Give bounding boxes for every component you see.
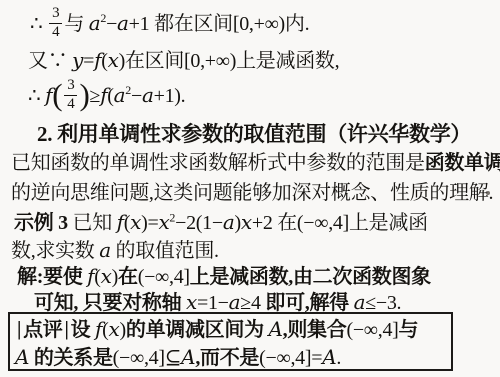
- text-token: ): [79, 77, 89, 112]
- text-token: =: [83, 50, 94, 72]
- text-token: x: [108, 48, 119, 72]
- text-token: x: [130, 210, 141, 234]
- therefore-symbol: ∴: [28, 85, 45, 107]
- remark-label-bar: |: [15, 318, 23, 340]
- text-token: 设: [71, 319, 95, 341]
- text-token: (: [52, 77, 62, 112]
- text-token: a: [229, 290, 241, 314]
- text-token: 在区间[0,+∞)上是减函数,: [125, 50, 339, 72]
- fraction-denominator: 4: [64, 96, 77, 113]
- text-token: 要使: [43, 266, 87, 288]
- text-token: ≤−3.: [365, 292, 401, 314]
- text-token: x: [158, 210, 169, 234]
- fraction-numerator: 3: [49, 6, 62, 24]
- text-token: (−∞,4]⊆: [113, 347, 182, 369]
- text-token: A: [268, 317, 282, 341]
- intro-paragraph-line-1: 已知函数的单调性求函数解析式中参数的范围是函数单调性: [11, 150, 500, 176]
- textbook-page: ∴ 34与 a2−a+1 都在区间[0,+∞)内. 又∵ y=f(x)在区间[0…: [0, 0, 500, 377]
- text-token: =1−: [197, 292, 229, 314]
- intro-paragraph-line-2: 的逆向思维问题,这类问题能够加深对概念、性质的理解.: [11, 180, 493, 206]
- text-token: 已知函数的单调性求函数解析式中参数的范围是: [11, 152, 425, 174]
- text-token: x: [109, 317, 120, 341]
- text-token: a: [89, 11, 101, 35]
- text-token: 2. 利用单调性求参数的取值范围（许兴华数学）: [37, 122, 471, 146]
- text-token: 函数单调性: [425, 152, 500, 174]
- remark-box: |点评|设 f(x)的单调减区间为 A,则集合(−∞,4]与 A 的关系是(−∞…: [8, 312, 453, 371]
- remark-line-1: |点评|设 f(x)的单调减区间为 A,则集合(−∞,4]与: [15, 316, 446, 344]
- text-token: 的关系是: [29, 347, 113, 369]
- text-token: 即可,解得: [265, 292, 353, 314]
- example-3-line-1: 示例 3 已知 f(x)=x2−2(1−a)x+2 在(−∞,4]上是减函: [14, 209, 428, 236]
- text-token: 解:: [17, 266, 43, 288]
- text-token: 可知, 只要对称轴: [34, 292, 186, 314]
- text-token: .: [336, 347, 341, 369]
- text-token: a: [117, 11, 129, 35]
- text-token: 的取值范围.: [111, 240, 219, 262]
- text-token: (−∞,4]: [346, 319, 398, 341]
- text-token: x: [186, 290, 197, 314]
- text-token: a: [354, 290, 366, 314]
- remark-label-bar: |: [63, 318, 71, 340]
- text-token: 已知: [68, 212, 117, 234]
- fraction: 34: [47, 6, 64, 41]
- text-token: (−∞,4]=: [259, 347, 322, 369]
- remark-label: 点评: [23, 319, 62, 341]
- fraction-denominator: 4: [49, 24, 62, 41]
- text-token: 在: [118, 266, 138, 288]
- solution-line-1: 解:要使 f(x)在(−∞,4]上是减函数,由二次函数图象: [17, 263, 431, 290]
- because-symbol: 又∵: [28, 50, 72, 72]
- text-token: 与: [64, 13, 88, 35]
- text-token: A: [322, 345, 336, 369]
- text-token: 上是减函数,由二次函数图象: [190, 266, 431, 288]
- text-token: ≥: [90, 85, 101, 107]
- text-token: 的单调减区间为: [126, 319, 269, 341]
- text-token: x: [101, 264, 112, 288]
- text-token: A: [15, 345, 29, 369]
- text-token: 与: [399, 319, 419, 341]
- text-token: 示例 3: [14, 212, 68, 234]
- text-token: x: [241, 210, 252, 234]
- proof-line-therefore-interval: ∴ 34与 a2−a+1 都在区间[0,+∞)内.: [30, 8, 309, 43]
- text-token: y: [72, 48, 83, 72]
- text-token: 都在区间[0,+∞)内.: [154, 13, 309, 35]
- text-token: a: [142, 83, 154, 107]
- text-token: 数,求实数: [11, 240, 99, 262]
- proof-line-decreasing-function: 又∵ y=f(x)在区间[0,+∞)上是减函数,: [28, 47, 339, 74]
- text-token: ≥4: [240, 292, 265, 314]
- text-token: )=: [141, 212, 158, 234]
- text-token: a: [114, 83, 126, 107]
- fraction: 34: [62, 78, 79, 113]
- text-token: A: [181, 345, 195, 369]
- example-3-line-2: 数,求实数 a 的取值范围.: [11, 237, 219, 264]
- text-token: −2(1−: [175, 212, 223, 234]
- text-token: +1).: [154, 85, 186, 107]
- text-token: ,而不是: [195, 347, 259, 369]
- text-token: 的逆向思维问题,这类问题能够加深对概念、性质的理解.: [11, 182, 493, 204]
- text-token: +1: [129, 13, 154, 35]
- text-token: a: [99, 238, 111, 262]
- remark-line-2: A 的关系是(−∞,4]⊆A,而不是(−∞,4]=A.: [15, 344, 446, 372]
- text-token: +2 在(−∞,4]上是减函: [252, 212, 428, 234]
- scan-speckle: [486, 191, 490, 195]
- text-token: ,则集合: [283, 319, 347, 341]
- proof-line-conclusion-inequality: ∴ f(34)≥f(a2−a+1).: [28, 80, 185, 115]
- therefore-symbol: ∴: [30, 13, 47, 35]
- text-token: (−∞,4]: [138, 266, 190, 288]
- text-token: a: [223, 210, 235, 234]
- text-token: f: [117, 210, 124, 234]
- text-token: −: [131, 85, 142, 107]
- fraction-numerator: 3: [64, 78, 77, 96]
- section-heading: 2. 利用单调性求参数的取值范围（许兴华数学）: [37, 121, 471, 147]
- text-token: −: [106, 13, 117, 35]
